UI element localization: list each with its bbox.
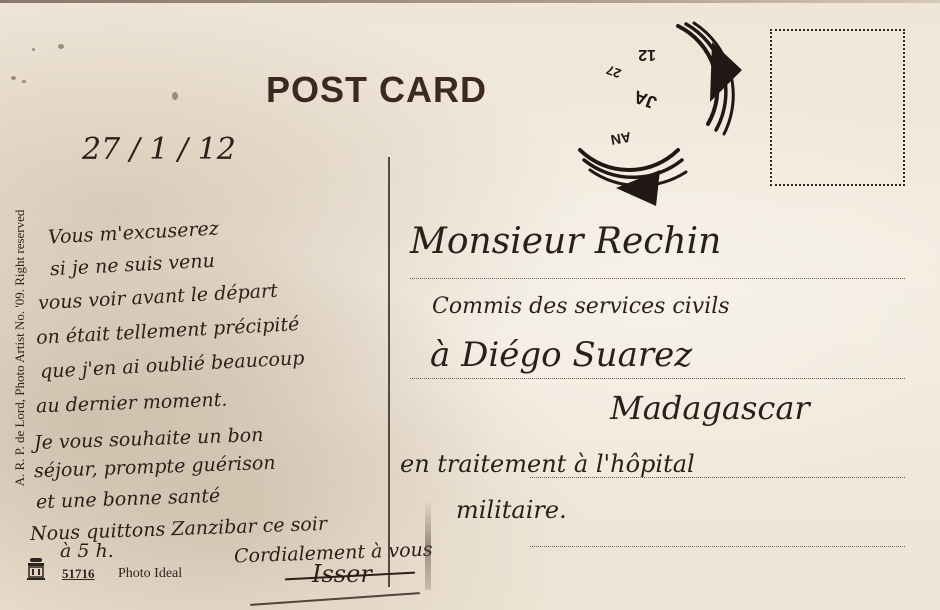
address-line-text: militaire. [456, 498, 567, 522]
ink-smear [425, 500, 431, 590]
svg-text:JA: JA [631, 86, 659, 113]
circular-postmark-icon: 12 JA 27 AN [560, 20, 760, 210]
message-line: vous voir avant le départ [38, 282, 279, 314]
address-line-text: Commis des services civils [432, 296, 730, 318]
address-line [410, 278, 905, 279]
address-line-text: Madagascar [610, 392, 810, 424]
message-line: à 5 h. [60, 542, 114, 561]
message-line: et une bonne santé [36, 487, 221, 512]
catalog-number: 51716 [62, 566, 95, 582]
message-date: 27 / 1 / 12 [82, 135, 236, 165]
svg-text:12: 12 [638, 46, 656, 63]
address-line-text: en traitement à l'hôpital [400, 452, 695, 476]
address-line [410, 378, 905, 379]
foxing-spot [32, 48, 35, 51]
foxing-spot [11, 76, 16, 80]
publisher-logo-icon [25, 556, 47, 584]
stamp-placement-box [770, 29, 905, 186]
foxing-spot [172, 92, 178, 100]
postcard-back: POST CARD A. R. P. de Lord, Photo Artist… [0, 0, 940, 610]
svg-text:AN: AN [610, 129, 633, 148]
address-line [530, 546, 905, 547]
message-line: séjour, prompte guérison [34, 454, 276, 481]
svg-text:27: 27 [604, 62, 623, 81]
message-line: Je vous souhaite un bon [34, 426, 264, 453]
center-divider [388, 157, 390, 587]
signature-flourish [250, 592, 420, 605]
message-line: au dernier moment. [36, 391, 228, 417]
message-line: si je ne suis venu [50, 252, 216, 280]
message-line: on était tellement précipité [36, 315, 300, 348]
post-card-heading: POST CARD [266, 72, 487, 108]
address-line-text: à Diégo Suarez [430, 338, 692, 372]
publisher-name: Photo Ideal [118, 566, 182, 582]
message-line: que j'en ai oublié beaucoup [40, 349, 305, 382]
message-line: Vous m'excuserez [48, 220, 220, 248]
address-recipient: Monsieur Rechin [410, 224, 721, 260]
foxing-spot [58, 44, 64, 49]
card-edge [0, 0, 940, 3]
foxing-spot [22, 80, 26, 83]
photographer-credit: A. R. P. de Lord, Photo Artist No. '09. … [12, 128, 28, 568]
